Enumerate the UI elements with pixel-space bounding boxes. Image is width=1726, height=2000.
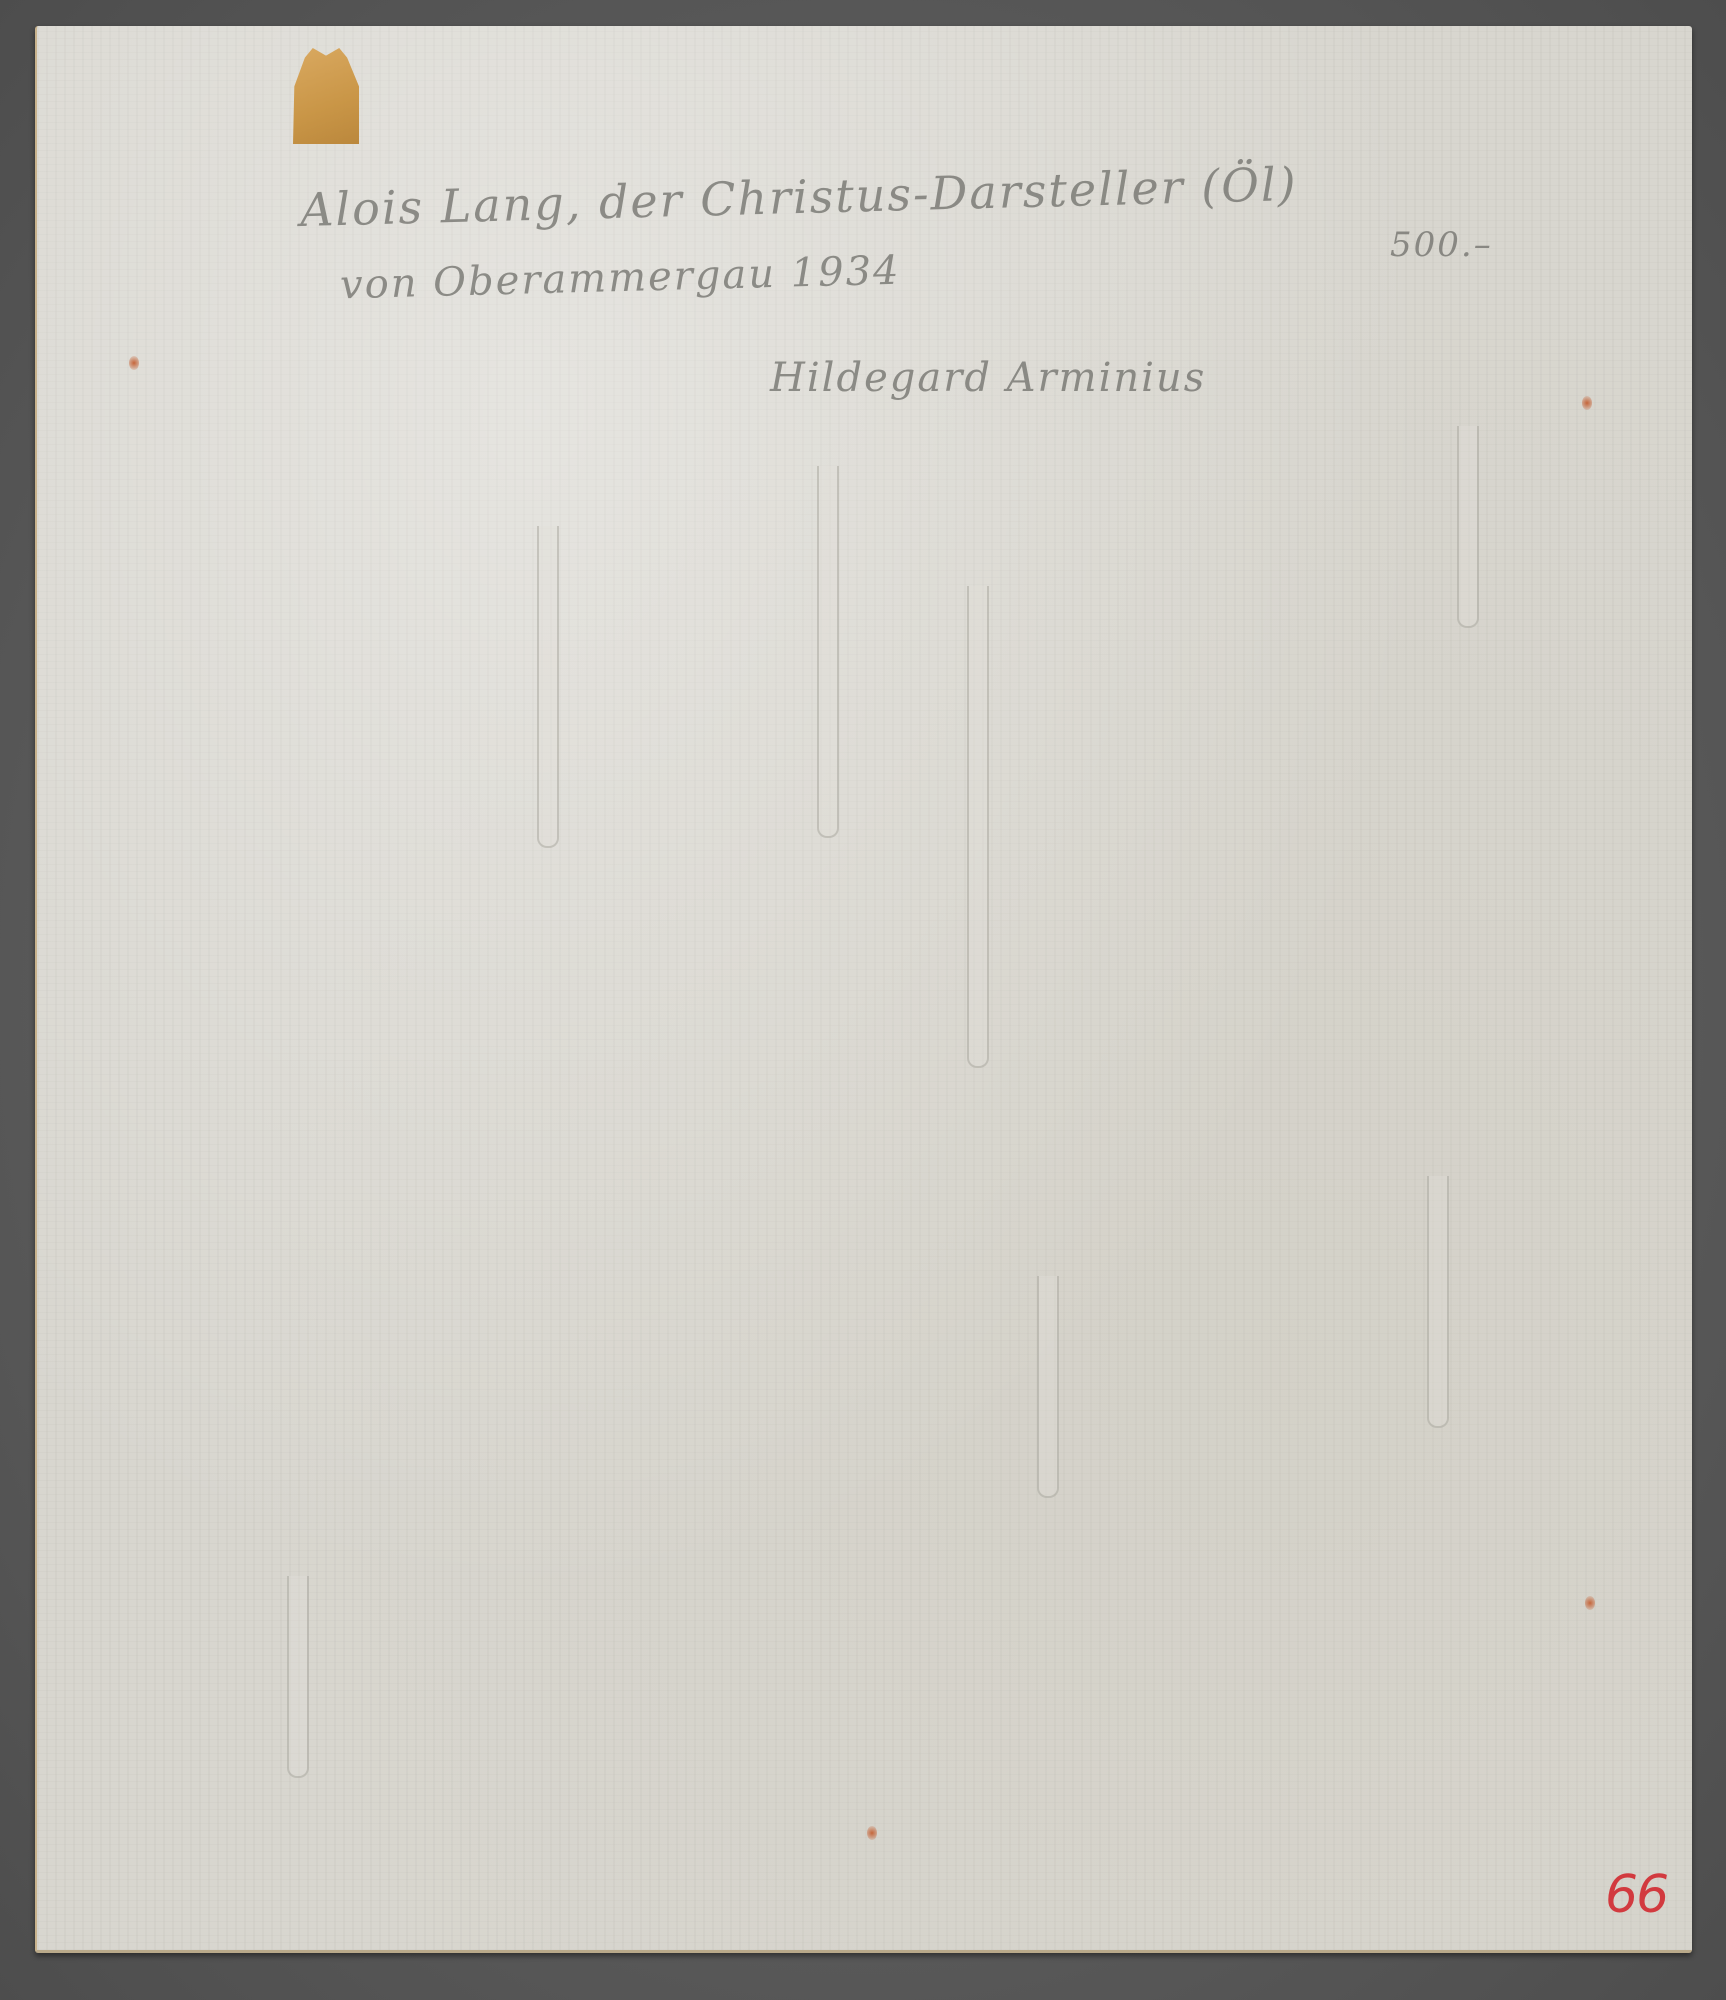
- red-lot-number: 66: [1605, 1865, 1667, 1925]
- pencil-signature: Hildegard Arminius: [770, 355, 1206, 401]
- paint-drip: [287, 1576, 309, 1778]
- paint-drip: [1427, 1176, 1449, 1428]
- paint-drip: [817, 466, 839, 838]
- rust-spot: [867, 1826, 877, 1840]
- pencil-price-note: 500.–: [1390, 225, 1493, 265]
- tape-remnant: [293, 48, 359, 144]
- rust-spot: [1582, 396, 1592, 410]
- paint-drip: [967, 586, 989, 1068]
- painting-board-back: [35, 26, 1692, 1953]
- rust-spot: [1585, 1596, 1595, 1610]
- paint-drip: [537, 526, 559, 848]
- rust-spot: [129, 356, 139, 370]
- paint-drip: [1037, 1276, 1059, 1498]
- paint-drip: [1457, 426, 1479, 628]
